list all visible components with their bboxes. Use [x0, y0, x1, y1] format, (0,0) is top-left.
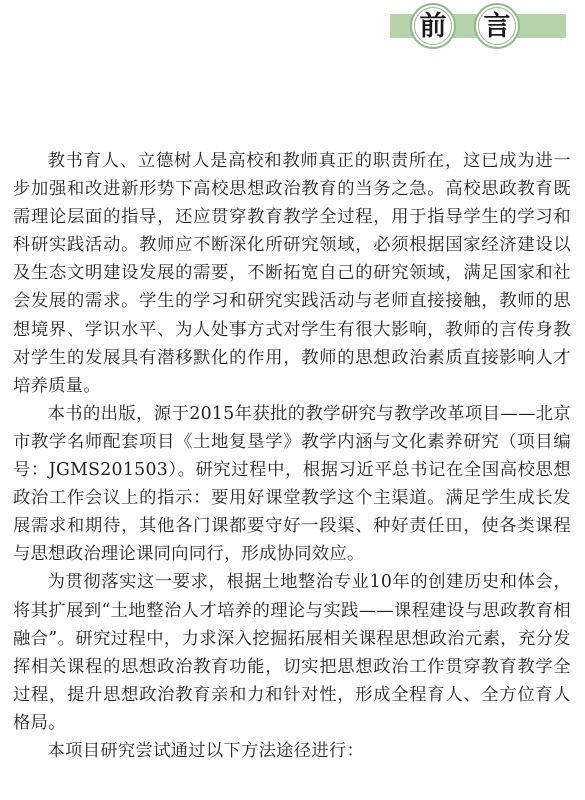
- section-title-banner: 前 言: [390, 0, 585, 64]
- title-circle-badge: 前: [410, 3, 456, 49]
- preface-body: 教书育人、立德树人是高校和教师真正的职责所在，这已成为进一步加强和改进新形势下高…: [13, 147, 571, 765]
- paragraph: 本项目研究尝试通过以下方法途径进行：: [13, 737, 571, 765]
- title-char-qian: 前: [420, 13, 447, 40]
- paragraph: 为贯彻落实这一要求，根据土地整治专业10年的创建历史和体会，将其扩展到“土地整治…: [13, 568, 571, 737]
- title-circle-badge: 言: [474, 3, 520, 49]
- title-char-yan: 言: [484, 13, 511, 40]
- paragraph: 本书的出版，源于2015年获批的教学研究与教学改革项目——北京市教学名师配套项目…: [13, 400, 571, 569]
- paragraph: 教书育人、立德树人是高校和教师真正的职责所在，这已成为进一步加强和改进新形势下高…: [13, 147, 571, 400]
